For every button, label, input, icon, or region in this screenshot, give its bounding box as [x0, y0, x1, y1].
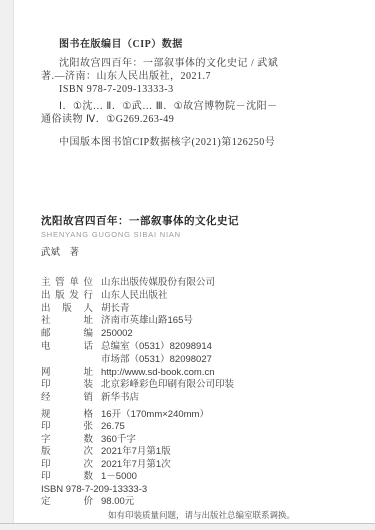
- pub-row-address: 社址济南市英雄山路165号: [41, 315, 365, 328]
- page-background: 图书在版编目（CIP）数据 沈阳故宫四百年：一部叙事体的文化史记 / 武斌 著.…: [0, 0, 375, 530]
- publication-info: 主管单位山东出版传媒股份有限公司 出版发行山东人民出版社 出版人胡长青 社址济南…: [41, 277, 365, 405]
- field-value: http://www.sd-book.com.cn: [101, 367, 215, 378]
- cip-isbn-line: ISBN 978-7-209-13333-3: [41, 83, 365, 96]
- page-bottom-edge: [0, 523, 375, 524]
- field-label: 主管单位: [41, 277, 93, 290]
- pub-row-phone: 电话总编室（0531）82098914: [41, 341, 365, 354]
- cip-heading: 图书在版编目（CIP）数据: [41, 38, 365, 51]
- spec-row-printrun: 印数1－5000: [41, 471, 365, 484]
- field-label: 印数: [41, 471, 93, 484]
- spec-row-wordcount: 字数360千字: [41, 434, 365, 447]
- field-value: 1－5000: [101, 471, 137, 482]
- cip-record-number: 中国版本图书馆CIP数据核字(2021)第126250号: [41, 136, 365, 149]
- pub-row-phone-continuation: 市场部（0531）82098027: [41, 354, 365, 367]
- field-value: 山东人民出版社: [101, 290, 168, 301]
- field-label: 印张: [41, 421, 93, 434]
- spec-row-impression: 印次2021年7月第1次: [41, 459, 365, 472]
- cip-description-line1: 沈阳故宫四百年：一部叙事体的文化史记 / 武斌: [41, 57, 365, 70]
- field-value: 北京彩峰彩色印刷有限公司印装: [101, 379, 234, 390]
- pub-row-printer: 印装北京彩峰彩色印刷有限公司印装: [41, 379, 365, 392]
- quality-note: 如有印装质量问题，请与出版社总编室联系调换。: [41, 509, 365, 522]
- pub-row-publisher-person: 出版人胡长青: [41, 303, 365, 316]
- field-label: 字数: [41, 434, 93, 447]
- pub-row-postcode: 邮编250002: [41, 328, 365, 341]
- field-label: 经销: [41, 392, 93, 405]
- field-label: 定价: [41, 496, 93, 509]
- book-title: 沈阳故宫四百年：一部叙事体的文化史记: [41, 215, 365, 228]
- field-label: 规格: [41, 409, 93, 422]
- pub-row-publisher: 出版发行山东人民出版社: [41, 290, 365, 303]
- field-value: 山东出版传媒股份有限公司: [101, 277, 215, 288]
- cip-description-line2: 著.—济南：山东人民出版社，2021.7: [41, 70, 365, 83]
- field-label: 社址: [41, 315, 93, 328]
- field-value: 济南市英雄山路165号: [101, 315, 193, 326]
- pub-row-website: 网址http://www.sd-book.com.cn: [41, 367, 365, 380]
- field-value: 市场部（0531）82098027: [101, 354, 212, 365]
- spec-row-sheets: 印张26.75: [41, 421, 365, 434]
- cip-classification: Ⅰ．①沈… Ⅱ．①武… Ⅲ．①故宫博物院－沈阳－ 通俗读物 Ⅳ．①G269.26…: [41, 100, 365, 126]
- field-value: 2021年7月第1次: [101, 459, 171, 470]
- field-value: 新华书店: [101, 392, 139, 403]
- field-value: 360千字: [101, 434, 136, 445]
- footer-info: ISBN 978-7-209-13333-3 定价98.00元 如有印装质量问题…: [41, 484, 365, 522]
- spec-info: 规格16开（170mm×240mm） 印张26.75 字数360千字 版次202…: [41, 409, 365, 484]
- book-author: 武斌 著: [41, 246, 365, 259]
- book-title-block: 沈阳故宫四百年：一部叙事体的文化史记 SHENYANG GUGONG SIBAI…: [41, 215, 365, 259]
- field-label: 电话: [41, 341, 93, 354]
- field-label: 印装: [41, 379, 93, 392]
- field-label: 出版人: [41, 303, 93, 316]
- spec-row-format: 规格16开（170mm×240mm）: [41, 409, 365, 422]
- field-label: 出版发行: [41, 290, 93, 303]
- field-value: 胡长青: [101, 303, 130, 314]
- field-value: 26.75: [101, 421, 125, 432]
- field-value: 250002: [101, 328, 133, 339]
- field-value: 2021年7月第1版: [101, 446, 171, 457]
- field-label: 印次: [41, 459, 93, 472]
- book-colophon-page: 图书在版编目（CIP）数据 沈阳故宫四百年：一部叙事体的文化史记 / 武斌 著.…: [13, 0, 375, 523]
- field-label: 版次: [41, 446, 93, 459]
- page-content: 图书在版编目（CIP）数据 沈阳故宫四百年：一部叙事体的文化史记 / 武斌 著.…: [41, 0, 365, 521]
- field-value: 总编室（0531）82098914: [101, 341, 212, 352]
- price-row: 定价98.00元: [41, 496, 365, 509]
- spec-row-edition: 版次2021年7月第1版: [41, 446, 365, 459]
- cip-section: 图书在版编目（CIP）数据 沈阳故宫四百年：一部叙事体的文化史记 / 武斌 著.…: [41, 38, 365, 149]
- isbn-line: ISBN 978-7-209-13333-3: [41, 484, 365, 497]
- field-value: 16开（170mm×240mm）: [101, 409, 209, 420]
- cip-class-line2: 通俗读物 Ⅳ．①G269.263-49: [41, 113, 365, 126]
- field-label: 网址: [41, 367, 93, 380]
- pub-row-distributor: 经销新华书店: [41, 392, 365, 405]
- cip-class-line1: Ⅰ．①沈… Ⅱ．①武… Ⅲ．①故宫博物院－沈阳－: [41, 100, 365, 113]
- field-value: 98.00元: [101, 496, 134, 507]
- pub-row-supervisor: 主管单位山东出版传媒股份有限公司: [41, 277, 365, 290]
- field-label: 邮编: [41, 328, 93, 341]
- book-title-pinyin: SHENYANG GUGONG SIBAI NIAN: [41, 228, 365, 241]
